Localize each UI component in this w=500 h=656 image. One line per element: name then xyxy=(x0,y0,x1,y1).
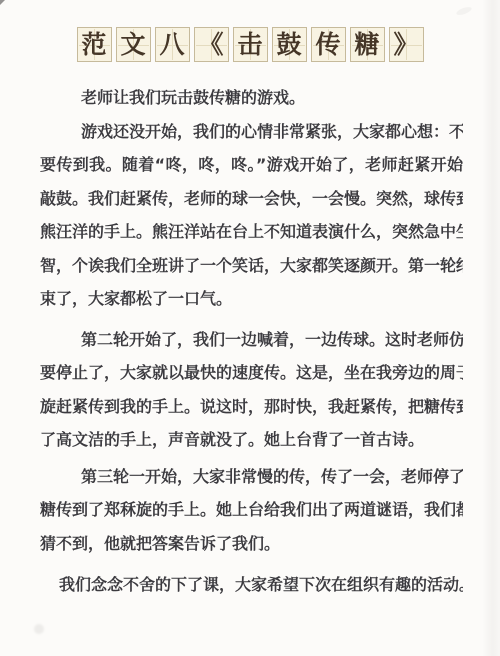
title-grid-box: 传 xyxy=(311,27,346,62)
title-grid-box: 文 xyxy=(116,27,151,62)
title-char: 八 xyxy=(156,28,189,61)
text-line: 游戏还没开始，我们的心情非常紧张，大家都心想：不 xyxy=(40,115,463,149)
title-grid-box: 范 xyxy=(77,27,112,62)
title-char: 》 xyxy=(390,28,423,61)
paragraph: 我们念念不舍的下了课，大家希望下次在组织有趣的活动。 xyxy=(40,568,463,602)
text-line: 糖传到了郑秝旋的手上。她上台给我们出了两道谜语，我们都 xyxy=(40,493,463,527)
title-char: 文 xyxy=(117,28,150,61)
text-line: 了高文洁的手上，声音就没了。她上台背了一首古诗。 xyxy=(40,423,463,457)
paragraph: 老师让我们玩击鼓传糖的游戏。 xyxy=(40,81,463,115)
title-grid-box: 》 xyxy=(389,27,424,62)
title-grid-box: 八 xyxy=(155,27,190,62)
scan-smudge-top xyxy=(455,5,472,16)
title-char: 击 xyxy=(234,28,267,61)
title-grid-box: 《 xyxy=(194,27,229,62)
text-line: 第二轮开始了，我们一边喊着，一边传球。这时老师仿佛 xyxy=(40,323,463,357)
paragraph: 第三轮一开始，大家非常慢的传，传了一会，老师停了，糖传到了郑秝旋的手上。她上台给… xyxy=(40,460,463,561)
text-line: 第三轮一开始，大家非常慢的传，传了一会，老师停了， xyxy=(40,460,463,494)
text-line: 要停止了，大家就以最快的速度传。这是，坐在我旁边的周子 xyxy=(40,356,463,390)
text-line: 束了，大家都松了一口气。 xyxy=(40,282,463,316)
title-grid-box: 鼓 xyxy=(272,27,307,62)
paragraph: 第二轮开始了，我们一边喊着，一边传球。这时老师仿佛要停止了，大家就以最快的速度传… xyxy=(40,323,463,457)
title-grid-box: 击 xyxy=(233,27,268,62)
text-line: 我们念念不舍的下了课，大家希望下次在组织有趣的活动。 xyxy=(40,568,463,602)
text-line: 要传到我。随着“咚，咚，咚。”游戏开始了，老师赶紧开始 xyxy=(40,148,463,182)
essay-body: 老师让我们玩击鼓传糖的游戏。游戏还没开始，我们的心情非常紧张，大家都心想：不要传… xyxy=(40,81,463,602)
title-char: 糖 xyxy=(351,28,384,61)
text-line: 猜不到，他就把答案告诉了我们。 xyxy=(40,527,463,561)
text-line: 智，个诶我们全班讲了一个笑话，大家都笑逐颜开。第一轮结 xyxy=(40,249,463,283)
title-char: 传 xyxy=(312,28,345,61)
title-grid-box: 糖 xyxy=(350,27,385,62)
text-line: 敲鼓。我们赶紧传，老师的球一会快，一会慢。突然，球传到 xyxy=(40,182,463,216)
page-corner-fold-mark xyxy=(0,0,5,5)
scan-edge-shadow xyxy=(482,0,500,656)
document-page: 范文八《击鼓传糖》 老师让我们玩击鼓传糖的游戏。游戏还没开始，我们的心情非常紧张… xyxy=(0,0,500,656)
text-line: 熊汪洋的手上。熊汪洋站在台上不知道表演什么，突然急中生 xyxy=(40,215,463,249)
title-char: 范 xyxy=(78,28,111,61)
paragraph: 游戏还没开始，我们的心情非常紧张，大家都心想：不要传到我。随着“咚，咚，咚。”游… xyxy=(40,115,463,316)
title-char: 鼓 xyxy=(273,28,306,61)
scan-smudge-bottom xyxy=(34,624,44,634)
essay-title: 范文八《击鼓传糖》 xyxy=(0,27,500,62)
text-line: 老师让我们玩击鼓传糖的游戏。 xyxy=(40,81,463,115)
title-char: 《 xyxy=(195,28,228,61)
text-line: 旋赶紧传到我的手上。说这时，那时快，我赶紧传，把糖传到 xyxy=(40,390,463,424)
